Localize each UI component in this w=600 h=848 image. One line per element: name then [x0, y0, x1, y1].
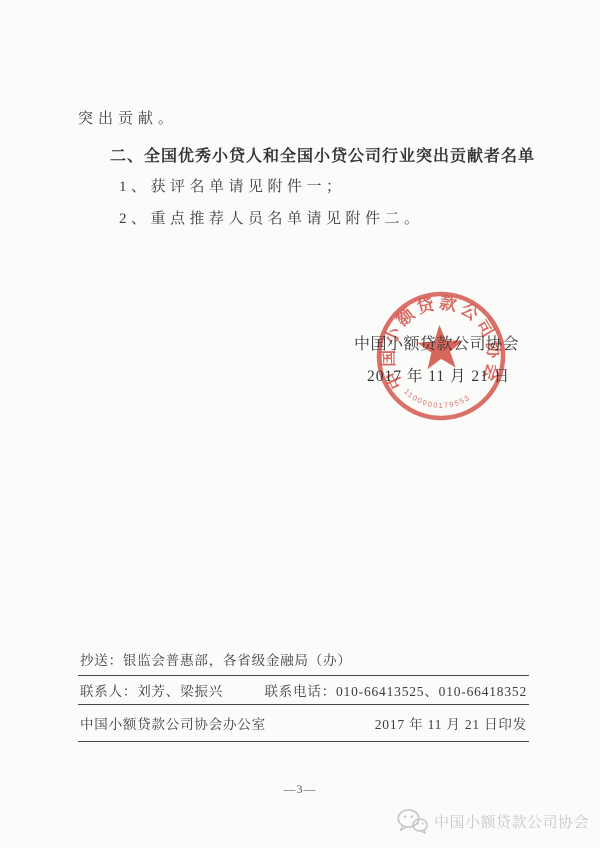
signature-organization: 中国小额贷款公司协会	[354, 331, 519, 354]
cc-row: 抄送：银监会普惠部，各省级金融局（办）	[78, 646, 529, 676]
document-footer-table: 抄送：银监会普惠部，各省级金融局（办） 联系人：刘芳、梁振兴 联系电话：010-…	[78, 646, 529, 742]
issuing-office: 中国小额贷款公司协会办公室	[80, 713, 266, 733]
list-item-1: 1、获评名单请见附件一；	[119, 175, 346, 196]
signature-date: 2017 年 11 月 21 日	[367, 364, 510, 386]
print-date: 2017 年 11 月 21 日印发	[375, 713, 527, 733]
page-number: —3—	[0, 782, 600, 797]
contact-person: 联系人：刘芳、梁振兴	[80, 680, 223, 700]
list-item-2: 2、重点推荐人员名单请见附件二。	[119, 207, 424, 228]
wechat-watermark: 中国小额贷款公司协会	[396, 808, 589, 835]
paragraph-tail-text: 突出贡献。	[78, 107, 178, 128]
contact-phone: 联系电话：010-66413525、010-66418352	[265, 680, 528, 700]
cc-line: 抄送：银监会普惠部，各省级金融局（办）	[80, 649, 352, 669]
office-row: 中国小额贷款公司协会办公室 2017 年 11 月 21 日印发	[78, 705, 529, 742]
watermark-text: 中国小额贷款公司协会	[434, 811, 589, 832]
contact-row: 联系人：刘芳、梁振兴 联系电话：010-66413525、010-6641835…	[78, 676, 529, 705]
svg-text:1100000179553: 1100000179553	[402, 384, 472, 412]
wechat-icon	[396, 808, 428, 835]
seal-serial-code: 1100000179553	[402, 384, 472, 412]
scanned-document-page: 突出贡献。 二、全国优秀小贷人和全国小贷公司行业突出贡献者名单 1、获评名单请见…	[0, 0, 600, 848]
seal-graphic: 中国小额贷款公司协会 1100000179553	[367, 282, 514, 429]
official-seal: 中国小额贷款公司协会 1100000179553	[367, 282, 514, 429]
section-heading: 二、全国优秀小贷人和全国小贷公司行业突出贡献者名单	[110, 143, 535, 166]
